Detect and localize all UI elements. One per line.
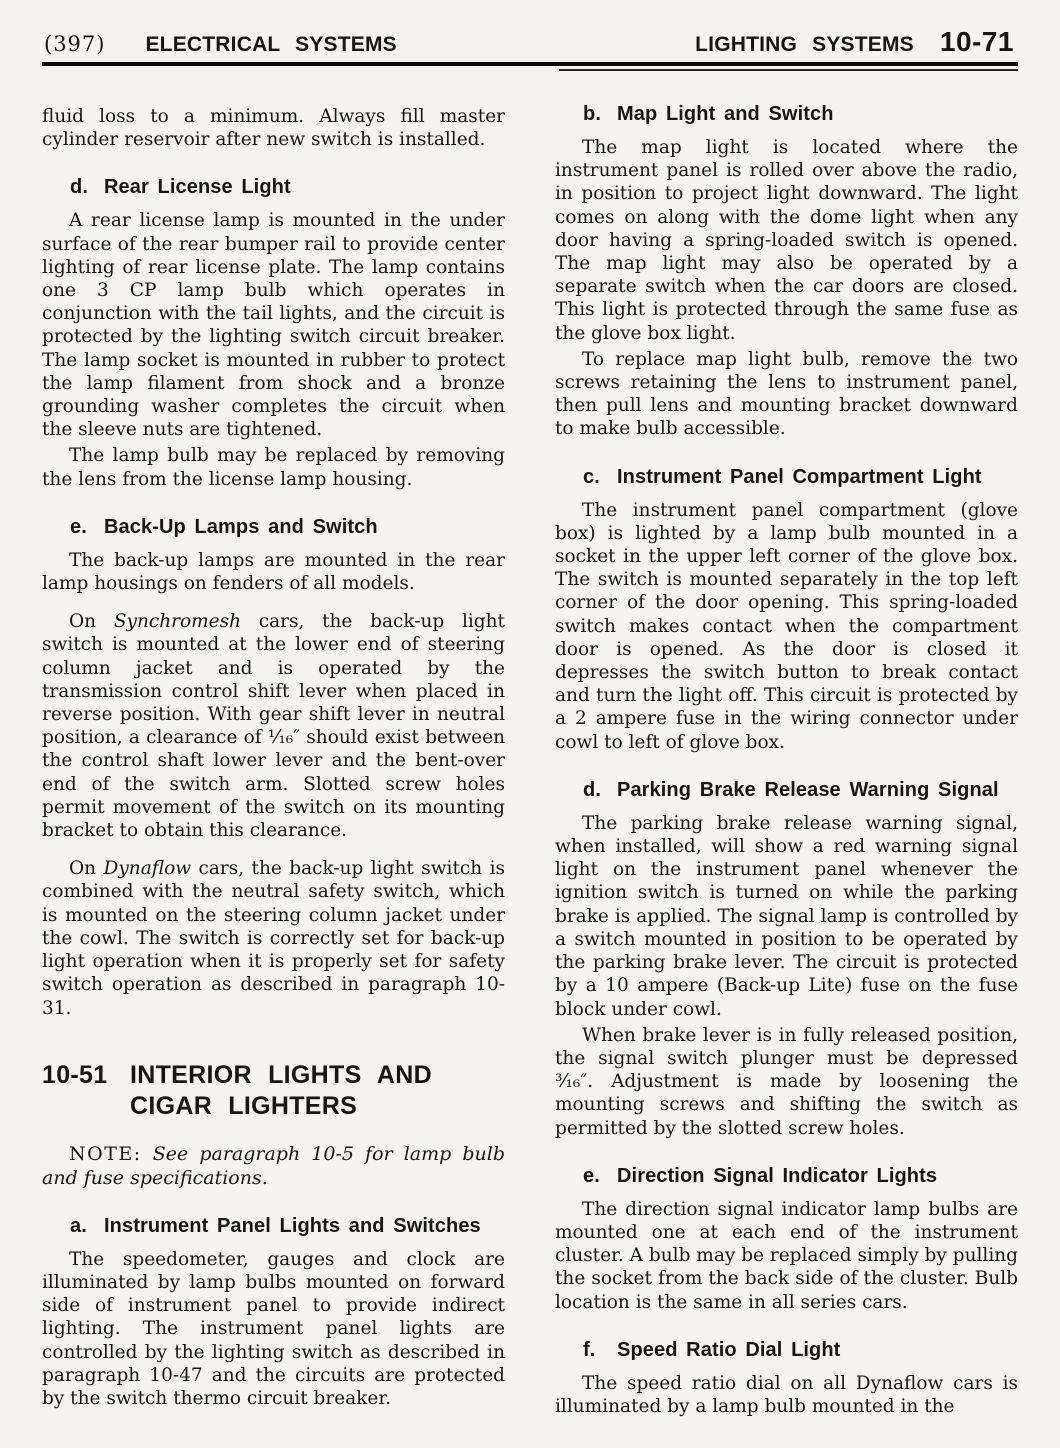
heading-title: Speed Ratio Dial Light	[617, 1338, 840, 1362]
header-left: (397) ELECTRICAL SYSTEMS	[44, 32, 397, 57]
heading-letter: a.	[70, 1214, 104, 1238]
heading-letter: e.	[70, 515, 104, 539]
paragraph: The direction signal indicator lamp bulb…	[555, 1198, 1018, 1314]
paragraph-continuation: fluid loss to a minimum. Always fill mas…	[42, 105, 505, 151]
paragraph: The map light is located where the instr…	[555, 136, 1018, 345]
paragraph-synchromesh: On Synchromesh cars, the back-up light s…	[42, 610, 505, 842]
heading-rear-license-light: d. Rear License Light	[42, 175, 505, 199]
header-rule-thick	[42, 62, 1018, 66]
text-run: cars, the back-up light switch is combin…	[42, 858, 505, 1018]
heading-parking-brake-signal: d. Parking Brake Release Warning Signal	[555, 778, 1018, 802]
heading-letter: d.	[70, 175, 104, 199]
heading-interior-lights-section: 10-51 INTERIOR LIGHTS AND CIGAR LIGHTERS	[42, 1060, 505, 1122]
section-title-line1: INTERIOR LIGHTS AND	[130, 1060, 432, 1091]
heading-letter: e.	[583, 1164, 617, 1188]
text-run: cars, the back-up light switch is mounte…	[42, 611, 505, 841]
header-rule	[42, 62, 1018, 74]
heading-letter: d.	[583, 778, 617, 802]
manual-page: (397) ELECTRICAL SYSTEMS LIGHTING SYSTEM…	[0, 0, 1060, 1448]
heading-letter: b.	[583, 102, 617, 126]
paragraph: The lamp bulb may be replaced by removin…	[42, 444, 505, 490]
section-title: LIGHTING SYSTEMS	[695, 33, 914, 57]
left-column: fluid loss to a minimum. Always fill mas…	[42, 102, 505, 1418]
heading-title: Map Light and Switch	[617, 102, 834, 126]
paragraph: To replace map light bulb, remove the tw…	[555, 348, 1018, 441]
page-body: fluid loss to a minimum. Always fill mas…	[42, 102, 1018, 1418]
paragraph: The parking brake release warning signal…	[555, 812, 1018, 1021]
paragraph-dynaflow: On Dynaflow cars, the back-up light swit…	[42, 857, 505, 1019]
heading-title: Direction Signal Indicator Lights	[617, 1164, 937, 1188]
section-number: 10-51	[42, 1060, 130, 1122]
text-run: On	[69, 611, 114, 632]
header-rule-thin	[559, 69, 1018, 71]
heading-speed-ratio-dial: f. Speed Ratio Dial Light	[555, 1338, 1018, 1362]
heading-title: Parking Brake Release Warning Signal	[617, 778, 999, 802]
paragraph: A rear license lamp is mounted in the un…	[42, 209, 505, 441]
note-paragraph: NOTE: See paragraph 10-5 for lamp bulb a…	[42, 1142, 505, 1190]
paragraph: The back-up lamps are mounted in the rea…	[42, 549, 505, 595]
heading-map-light: b. Map Light and Switch	[555, 102, 1018, 126]
heading-title: Back-Up Lamps and Switch	[104, 515, 378, 539]
text-run: On	[69, 858, 104, 879]
heading-letter: f.	[583, 1338, 617, 1362]
page-number: 10-71	[940, 26, 1014, 58]
section-title-lines: INTERIOR LIGHTS AND CIGAR LIGHTERS	[130, 1060, 432, 1122]
italic-model-name: Dynaflow	[104, 858, 192, 879]
right-column: b. Map Light and Switch The map light is…	[555, 102, 1018, 1418]
paragraph: The speedometer, gauges and clock are il…	[42, 1248, 505, 1410]
heading-letter: c.	[583, 465, 617, 489]
heading-title: Instrument Panel Compartment Light	[617, 465, 982, 489]
paragraph: The speed ratio dial on all Dynaflow car…	[555, 1372, 1018, 1418]
note-label: NOTE:	[69, 1143, 142, 1165]
chapter-title: ELECTRICAL SYSTEMS	[145, 33, 396, 57]
paragraph: When brake lever is in fully released po…	[555, 1024, 1018, 1140]
heading-instrument-panel-lights: a. Instrument Panel Lights and Switches	[42, 1214, 505, 1238]
heading-direction-signal: e. Direction Signal Indicator Lights	[555, 1164, 1018, 1188]
heading-title: Instrument Panel Lights and Switches	[104, 1214, 481, 1238]
header-right: LIGHTING SYSTEMS 10-71	[695, 26, 1014, 58]
page-sequence-number: (397)	[44, 32, 105, 56]
heading-title: Rear License Light	[104, 175, 291, 199]
italic-model-name: Synchromesh	[114, 611, 241, 632]
section-title-line2: CIGAR LIGHTERS	[130, 1091, 432, 1122]
heading-backup-lamps: e. Back-Up Lamps and Switch	[42, 515, 505, 539]
heading-compartment-light: c. Instrument Panel Compartment Light	[555, 465, 1018, 489]
paragraph: The instrument panel compartment (glove …	[555, 499, 1018, 754]
page-header: (397) ELECTRICAL SYSTEMS LIGHTING SYSTEM…	[42, 26, 1018, 58]
